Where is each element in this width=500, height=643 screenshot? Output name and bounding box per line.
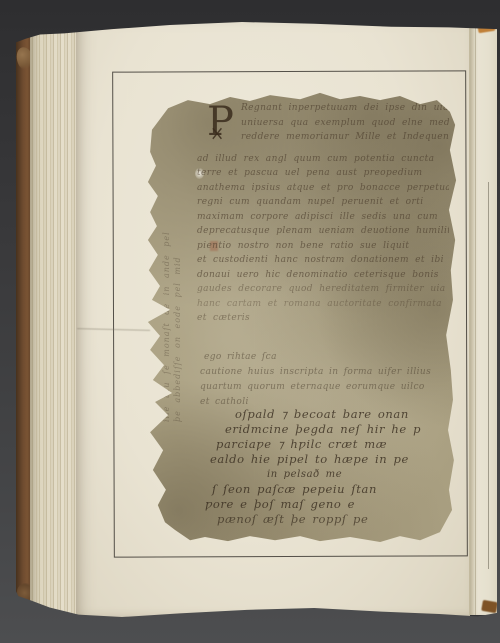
latin-text-line: gaudes decorare quod hereditatem firmite… [197,282,449,297]
old-english-text-line: eridmcine þegda neſ hir he p [205,422,453,437]
margin-vertical-text: ille thu ſe monaſt de in ande pelþe abbe… [161,132,183,422]
latin-text-line: uniuersa qua exemplum quod elne medela [197,116,449,131]
old-english-text-line: parciaƿe ⁊ hƿilc cræt mæ [205,437,453,452]
latin-text-line: hanc cartam et romana auctoritate confir… [197,297,449,312]
middle-text-line: quartum quorum eternaque eorumque uilco [200,380,440,395]
middle-faded-text: ego rihtae ſcacautione huius inscripta i… [200,350,440,410]
old-english-text-line: in pelsað me [205,467,453,482]
old-english-text-line: oſpald ⁊ becoat bare onan [205,407,453,422]
leather-corner [481,600,498,613]
photo-backdrop: P × Regnant inperpetuuam dei ipse din ui… [0,0,500,643]
latin-text-line: ad illud rex angl quum cum potentia cunc… [197,152,449,167]
page-edge-stack [30,29,78,615]
latin-charter-text: Regnant inperpetuuam dei ipse din uia ui… [197,101,449,326]
margin-text-line: ille thu ſe monaſt de in ande pel [161,132,172,422]
latin-text-line: maximam corpore adipisci ille sedis una … [197,210,449,225]
old-english-text-line: ealdo hie pipel to hæpe in pe [205,452,453,467]
latin-text-line: deprecatusque plenam ueniam deuotione hu… [197,224,449,239]
latin-text-line: et custodienti hanc nostram donationem e… [197,253,449,268]
latin-text-line: donaui uero hic denominatio ceterisque b… [197,268,449,283]
latin-text-line: et cæteris [197,311,449,326]
latin-text-line: reddere memoriamur Mille et Indequentes [197,130,449,145]
old-english-text: oſpald ⁊ becoat bare onaneridmcine þegda… [205,407,453,527]
parchment-fragment: P × Regnant inperpetuuam dei ipse din ui… [147,92,457,542]
latin-text-line: Regnant inperpetuuam dei ipse din uia ui… [197,101,449,116]
latin-text-line: pientio nostro non bene ratio sue liquit [197,239,449,254]
old-english-text-line: ƿore e þoſ maſ geno e [205,497,453,512]
margin-text-line: þe abbediſſe on eode ƿel mid [172,132,183,422]
latin-text-line: terre et pascua uel pena aust preopedium [197,166,449,181]
middle-text-line: ego rihtae ſca [200,350,440,365]
latin-text-line: anathema ipsius atque et pro bonacce per… [197,181,449,196]
next-page-frame-line [488,182,489,569]
old-english-text-line: ſ ſeon paſcæ pepeiu ſtan [205,482,453,497]
middle-text-line: cautione huius inscripta in forma uifer … [200,365,440,380]
old-english-text-line: pænoſ æſt þe roppſ pe [205,512,453,527]
underlying-page-edge [469,26,497,615]
latin-text-line: regni cum quandam nupel peruenit et orti [197,195,449,210]
